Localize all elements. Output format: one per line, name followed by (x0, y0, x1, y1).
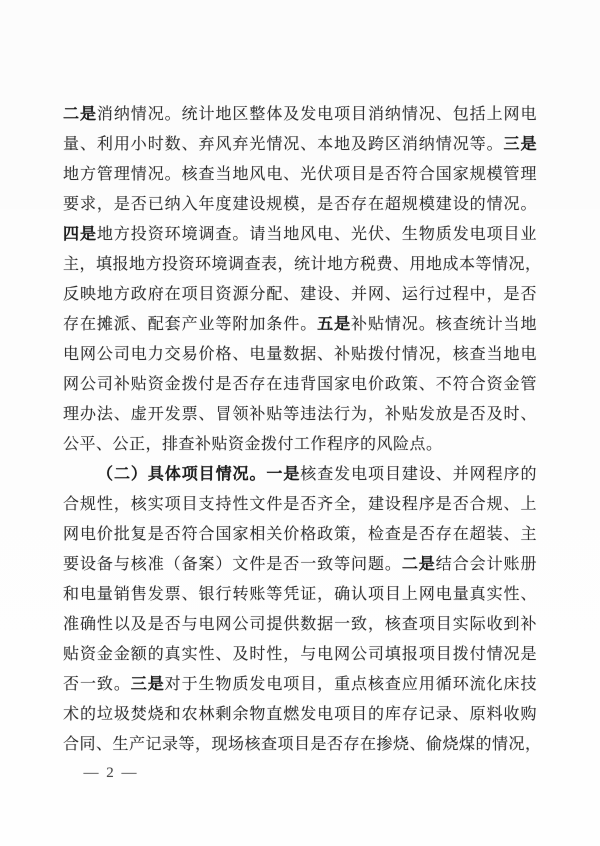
bold-text-segment: 一是 (266, 466, 300, 483)
text-line: 网电价批复是否符合国家相关价格政策，检查是否存在超装、主 (63, 520, 537, 550)
text-segment: 消纳情况。统计地区整体及发电项目消纳情况、包括上网电 (97, 106, 537, 123)
text-segment: 地方管理情况。核查当地风电、光伏项目是否符合国家规模管理 (63, 166, 537, 183)
text-segment: 合规性，核实项目支持性文件是否齐全，建设程序是否合规、上 (63, 496, 537, 513)
bold-text-segment: 三是 (131, 676, 165, 693)
text-segment: 电网公司电力交易价格、电量数据、补贴拨付情况，核查当地电 (63, 346, 537, 363)
text-line: 和电量销售发票、银行转账等凭证，确认项目上网电量真实性、 (63, 580, 537, 610)
page-number: — 2 — (66, 762, 156, 784)
text-segment: 否一致。 (63, 676, 131, 693)
text-segment: 量、利用小时数、弃风弃光情况、本地及跨区消纳情况等。 (63, 136, 504, 153)
text-line: 合同、生产记录等，现场核查项目是否存在掺烧、偷烧煤的情况， (63, 730, 537, 760)
text-line: 公平、公正，排查补贴资金拨付工作程序的风险点。 (63, 430, 537, 460)
text-segment: 地方投资环境调查。请当地风电、光伏、生物质发电项目业 (97, 226, 537, 243)
text-line: 要求，是否已纳入年度建设规模，是否存在超规模建设的情况。 (63, 190, 537, 220)
text-segment: 补贴情况。核查统计当地 (351, 316, 537, 333)
text-line: 准确性以及是否与电网公司提供数据一致，核查项目实际收到补 (63, 610, 537, 640)
text-line: 反映地方政府在项目资源分配、建设、并网、运行过程中，是否 (63, 280, 537, 310)
text-line: 电网公司电力交易价格、电量数据、补贴拨付情况，核查当地电 (63, 340, 537, 370)
text-segment: 准确性以及是否与电网公司提供数据一致，核查项目实际收到补 (63, 616, 537, 633)
bold-text-segment: 二是 (63, 106, 97, 123)
text-segment: 主，填报地方投资环境调查表，统计地方税费、用地成本等情况， (63, 256, 542, 273)
bold-text-segment: 四是 (63, 226, 97, 243)
text-segment: 网公司补贴资金拨付是否存在违背国家电价政策、不符合资金管 (63, 376, 537, 393)
text-segment: 结合会计账册 (436, 556, 537, 573)
bold-text-segment: 五是 (317, 316, 351, 333)
text-segment: 要设备与核准（备案）文件是否一致等问题。 (63, 556, 402, 573)
text-line: 四是地方投资环境调查。请当地风电、光伏、生物质发电项目业 (63, 220, 537, 250)
text-line: 否一致。三是对于生物质发电项目，重点核查应用循环流化床技 (63, 670, 537, 700)
text-line: 要设备与核准（备案）文件是否一致等问题。二是结合会计账册 (63, 550, 537, 580)
document-page: 二是消纳情况。统计地区整体及发电项目消纳情况、包括上网电量、利用小时数、弃风弃光… (0, 0, 600, 846)
text-segment: 对于生物质发电项目，重点核查应用循环流化床技 (165, 676, 537, 693)
text-segment: 网电价批复是否符合国家相关价格政策，检查是否存在超装、主 (63, 526, 537, 543)
text-segment: 合同、生产记录等，现场核查项目是否存在掺烧、偷烧煤的情况， (63, 736, 542, 753)
text-segment: 公平、公正，排查补贴资金拨付工作程序的风险点。 (63, 436, 443, 453)
text-segment: 术的垃圾焚烧和农林剩余物直燃发电项目的库存记录、原料收购 (63, 706, 537, 723)
text-line: 存在摊派、配套产业等附加条件。五是补贴情况。核查统计当地 (63, 310, 537, 340)
text-segment: 存在摊派、配套产业等附加条件。 (63, 316, 317, 333)
text-segment: 和电量销售发票、银行转账等凭证，确认项目上网电量真实性、 (63, 586, 537, 603)
bold-text-segment: （二）具体项目情况。 (97, 466, 266, 483)
text-line: 量、利用小时数、弃风弃光情况、本地及跨区消纳情况等。三是 (63, 130, 537, 160)
text-segment: 核查发电项目建设、并网程序的 (300, 466, 537, 483)
text-segment: 理办法、虚开发票、冒领补贴等违法行为，补贴发放是否及时、 (63, 406, 537, 423)
text-line: 贴资金金额的真实性、及时性，与电网公司填报项目拨付情况是 (63, 640, 537, 670)
text-line: 主，填报地方投资环境调查表，统计地方税费、用地成本等情况， (63, 250, 537, 280)
text-segment: 反映地方政府在项目资源分配、建设、并网、运行过程中，是否 (63, 286, 537, 303)
text-segment: 贴资金金额的真实性、及时性，与电网公司填报项目拨付情况是 (63, 646, 537, 663)
text-line: 理办法、虚开发票、冒领补贴等违法行为，补贴发放是否及时、 (63, 400, 537, 430)
text-line: 地方管理情况。核查当地风电、光伏项目是否符合国家规模管理 (63, 160, 537, 190)
text-line: 术的垃圾焚烧和农林剩余物直燃发电项目的库存记录、原料收购 (63, 700, 537, 730)
text-segment: 要求，是否已纳入年度建设规模，是否存在超规模建设的情况。 (63, 196, 537, 213)
text-line: 网公司补贴资金拨付是否存在违背国家电价政策、不符合资金管 (63, 370, 537, 400)
document-body: 二是消纳情况。统计地区整体及发电项目消纳情况、包括上网电量、利用小时数、弃风弃光… (63, 100, 537, 760)
text-line: 二是消纳情况。统计地区整体及发电项目消纳情况、包括上网电 (63, 100, 537, 130)
bold-text-segment: 三是 (504, 136, 537, 153)
text-line: 合规性，核实项目支持性文件是否齐全，建设程序是否合规、上 (63, 490, 537, 520)
text-line: （二）具体项目情况。一是核查发电项目建设、并网程序的 (63, 460, 537, 490)
bold-text-segment: 二是 (402, 556, 436, 573)
